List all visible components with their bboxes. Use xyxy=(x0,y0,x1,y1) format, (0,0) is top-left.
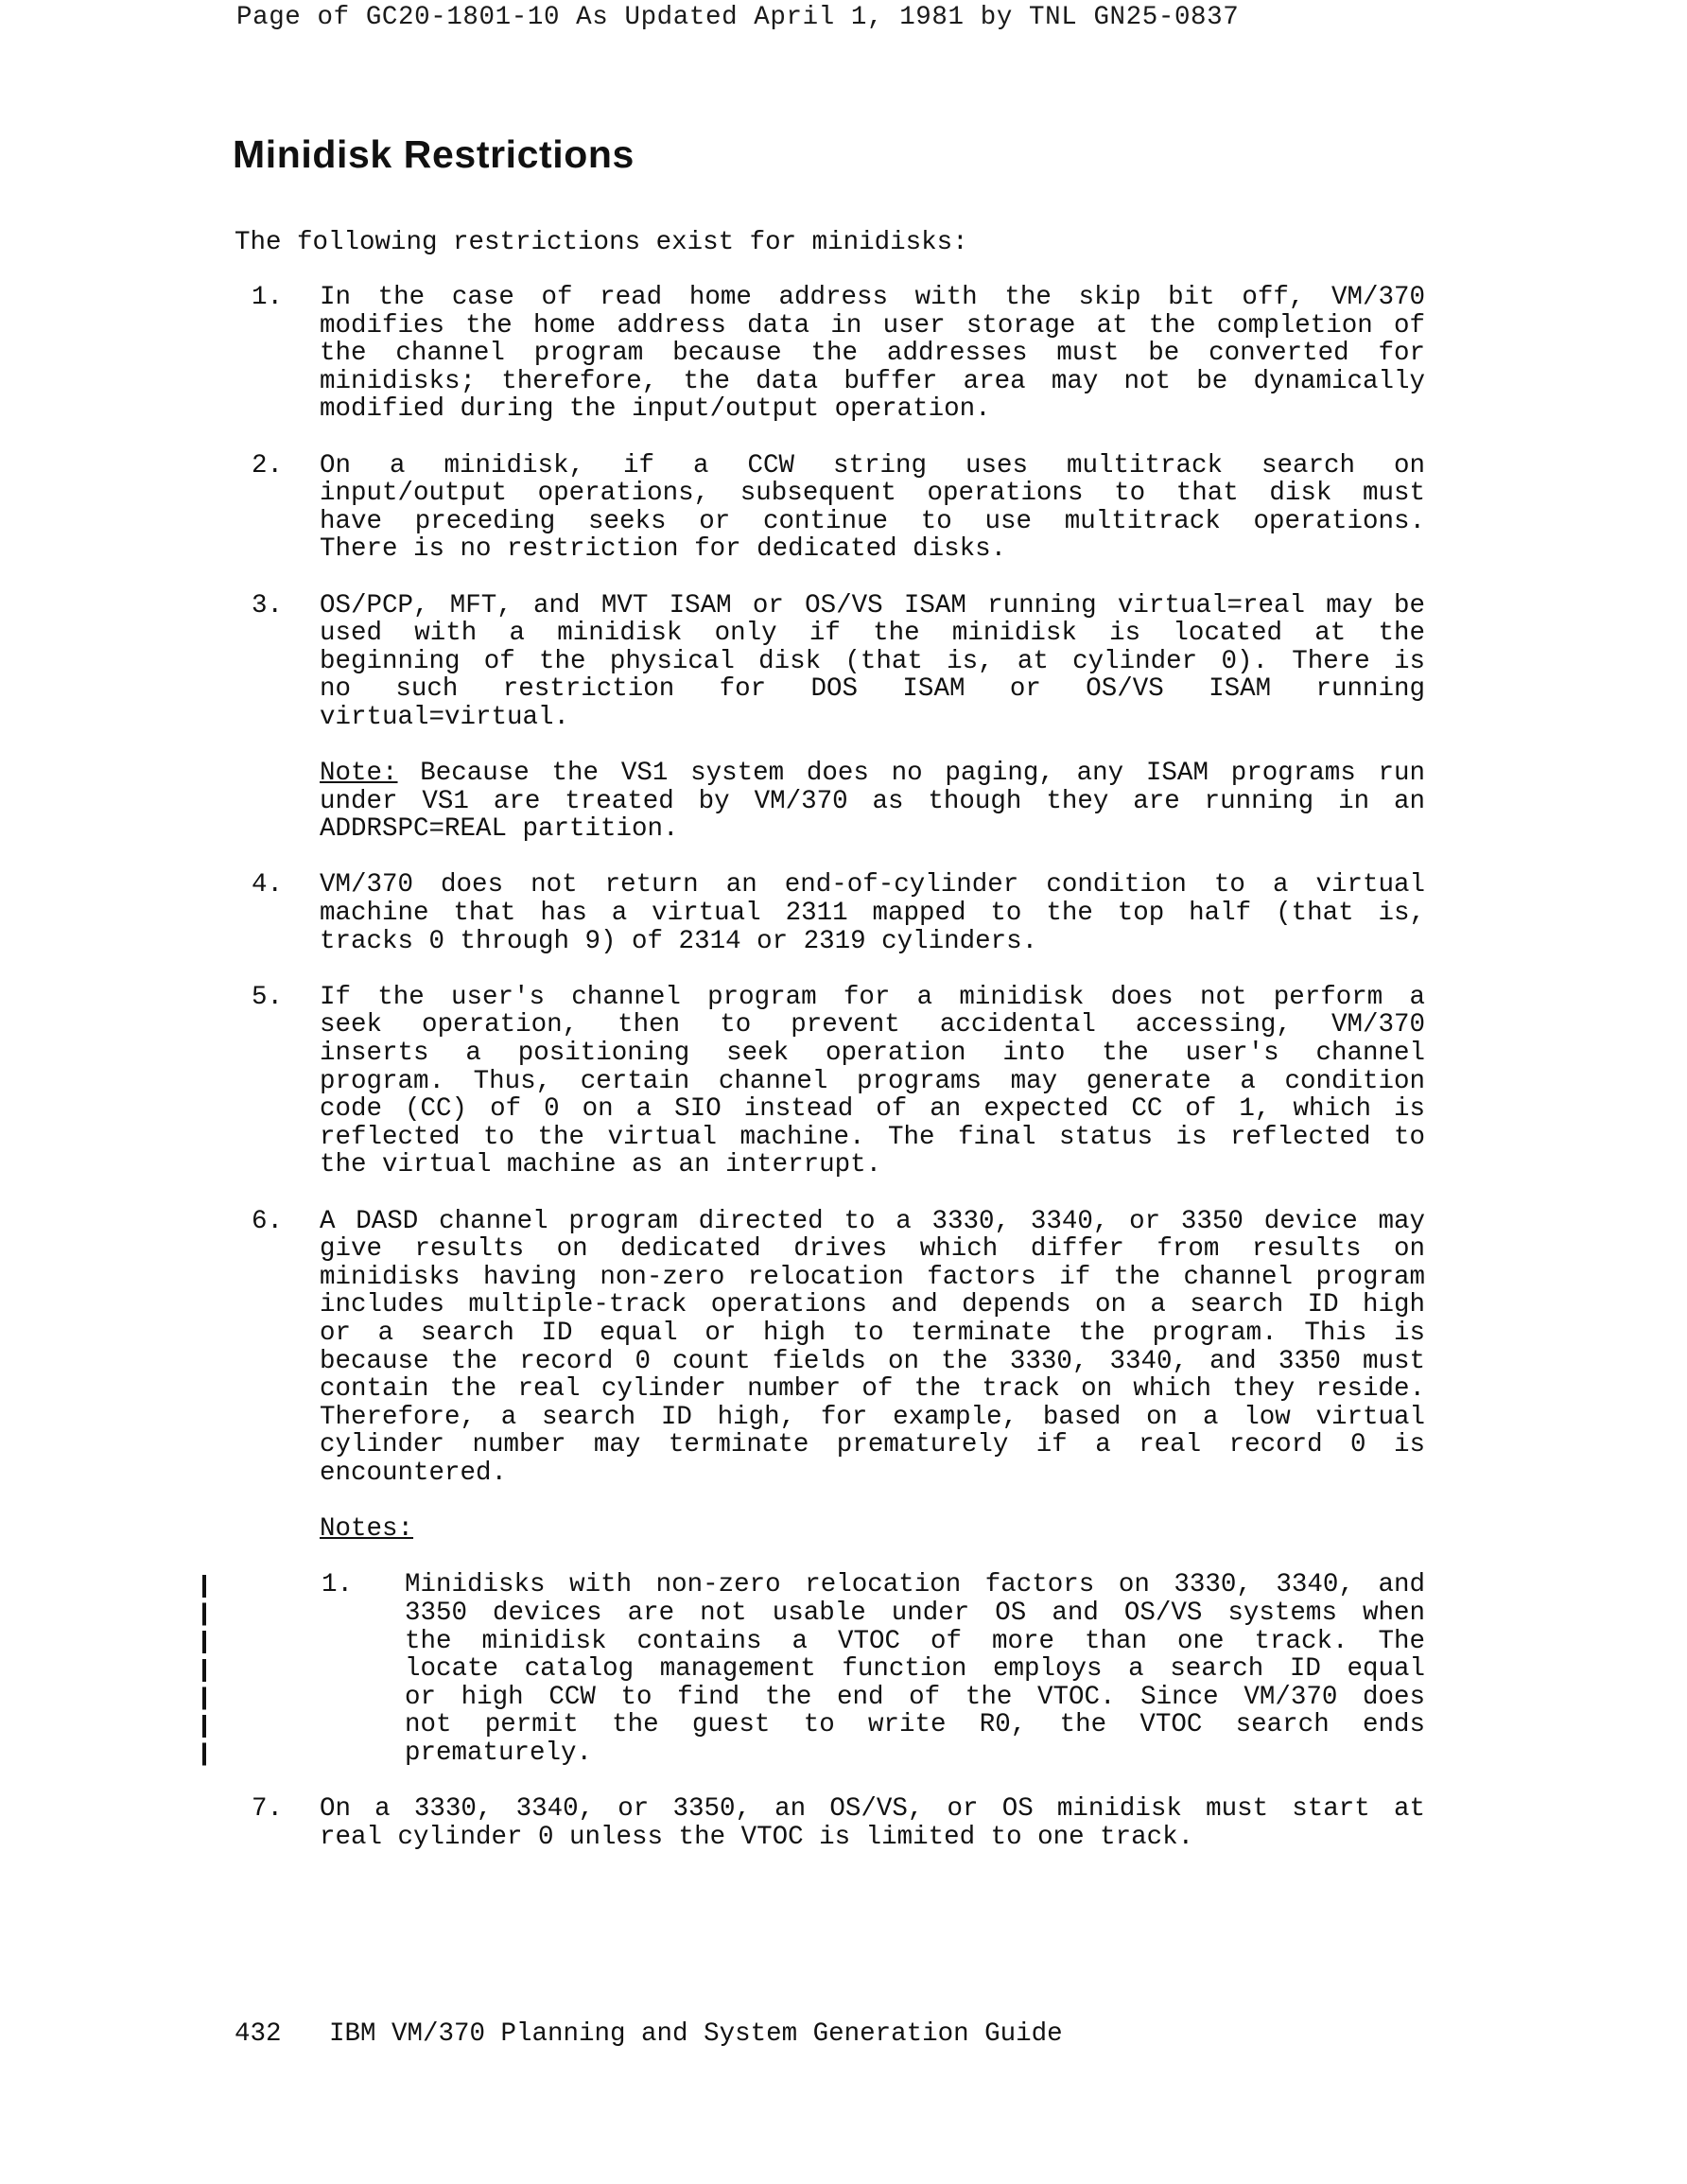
text-line: VM/370 does not return an end-of-cylinde… xyxy=(320,871,1425,900)
text-line: Minidisks with non-zero relocation facto… xyxy=(405,1571,1425,1599)
note-body: Minidisks with non-zero relocation facto… xyxy=(405,1571,1425,1767)
text-line: cylinder number may terminate prematurel… xyxy=(320,1431,1425,1459)
text-line: If the user's channel program for a mini… xyxy=(320,984,1425,1012)
page-title: Minidisk Restrictions xyxy=(233,132,635,177)
note-text: Because the VS1 system does no paging, a… xyxy=(420,759,1425,788)
text-line: A DASD channel program directed to a 333… xyxy=(320,1208,1425,1236)
item-number: 5. xyxy=(252,984,283,1012)
item-number: 7. xyxy=(252,1795,283,1824)
text-line: ADDRSPC=REAL partition. xyxy=(320,815,1425,844)
text-line: the minidisk contains a VTOC of more tha… xyxy=(405,1628,1425,1656)
note-label: Note: xyxy=(320,759,398,788)
text-line: prematurely. xyxy=(405,1739,1425,1768)
item-body: If the user's channel program for a mini… xyxy=(320,984,1425,1179)
page-header: Page of GC20-1801-10 As Updated April 1,… xyxy=(236,4,1239,32)
item-number: 3. xyxy=(252,592,283,620)
text-line: because the record 0 count fields on the… xyxy=(320,1348,1425,1376)
text-line: On a minidisk, if a CCW string uses mult… xyxy=(320,452,1425,480)
text-line: locate catalog management function emplo… xyxy=(405,1655,1425,1684)
text-line: reflected to the virtual machine. The fi… xyxy=(320,1124,1425,1152)
text-line: minidisks; therefore, the data buffer ar… xyxy=(320,368,1425,396)
text-line: not permit the guest to write R0, the VT… xyxy=(405,1711,1425,1739)
text-line: Note: Because the VS1 system does no pag… xyxy=(320,760,1425,788)
item-note: Note: Because the VS1 system does no pag… xyxy=(320,760,1425,844)
text-line: beginning of the physical disk (that is,… xyxy=(320,648,1425,676)
list-item: 2.On a minidisk, if a CCW string uses mu… xyxy=(0,452,1687,564)
text-line: 3350 devices are not usable under OS and… xyxy=(405,1599,1425,1628)
list-item: 4.VM/370 does not return an end-of-cylin… xyxy=(0,871,1687,955)
text-line: There is no restriction for dedicated di… xyxy=(320,535,1425,564)
page-footer: 432IBM VM/370 Planning and System Genera… xyxy=(235,2020,1063,2049)
text-line: program. Thus, certain channel programs … xyxy=(320,1068,1425,1096)
text-line: no such restriction for DOS ISAM or OS/V… xyxy=(320,675,1425,704)
restrictions-list: 1.In the case of read home address with … xyxy=(0,284,1687,1879)
item-body: On a 3330, 3340, or 3350, an OS/VS, or O… xyxy=(320,1795,1425,1851)
text-line: contain the real cylinder number of the … xyxy=(320,1375,1425,1404)
revision-bar xyxy=(202,1575,206,1765)
text-line: modifies the home address data in user s… xyxy=(320,312,1425,341)
list-item: 5.If the user's channel program for a mi… xyxy=(0,984,1687,1179)
text-line: On a 3330, 3340, or 3350, an OS/VS, or O… xyxy=(320,1795,1425,1824)
item-body: OS/PCP, MFT, and MVT ISAM or OS/VS ISAM … xyxy=(320,592,1425,732)
item-number: 2. xyxy=(252,452,283,480)
text-line: code (CC) of 0 on a SIO instead of an ex… xyxy=(320,1095,1425,1124)
item-body: VM/370 does not return an end-of-cylinde… xyxy=(320,871,1425,955)
item-number: 1. xyxy=(252,284,283,312)
list-item: 6.A DASD channel program directed to a 3… xyxy=(0,1208,1687,1768)
list-item: 7.On a 3330, 3340, or 3350, an OS/VS, or… xyxy=(0,1795,1687,1851)
item-body: A DASD channel program directed to a 333… xyxy=(320,1208,1425,1488)
item-body: On a minidisk, if a CCW string uses mult… xyxy=(320,452,1425,564)
page-number: 432 xyxy=(235,2020,329,2049)
text-line: real cylinder 0 unless the VTOC is limit… xyxy=(320,1824,1425,1852)
text-line: give results on dedicated drives which d… xyxy=(320,1235,1425,1264)
text-line: In the case of read home address with th… xyxy=(320,284,1425,312)
text-line: used with a minidisk only if the minidis… xyxy=(320,620,1425,648)
item-number: 4. xyxy=(252,871,283,900)
text-line: tracks 0 through 9) of 2314 or 2319 cyli… xyxy=(320,928,1425,956)
intro-text: The following restrictions exist for min… xyxy=(235,229,968,257)
text-line: or a search ID equal or high to terminat… xyxy=(320,1319,1425,1348)
notes-heading: Notes: xyxy=(320,1515,413,1544)
text-line: machine that has a virtual 2311 mapped t… xyxy=(320,900,1425,928)
text-line: the channel program because the addresse… xyxy=(320,340,1425,368)
text-line: or high CCW to find the end of the VTOC.… xyxy=(405,1684,1425,1712)
list-item: 1.In the case of read home address with … xyxy=(0,284,1687,424)
item-number: 6. xyxy=(252,1208,283,1236)
text-line: virtual=virtual. xyxy=(320,704,1425,732)
text-line: encountered. xyxy=(320,1459,1425,1488)
text-line: under VS1 are treated by VM/370 as thoug… xyxy=(320,788,1425,816)
text-line: the virtual machine as an interrupt. xyxy=(320,1151,1425,1179)
text-line: input/output operations, subsequent oper… xyxy=(320,480,1425,508)
text-line: have preceding seeks or continue to use … xyxy=(320,508,1425,536)
text-line: modified during the input/output operati… xyxy=(320,395,1425,424)
list-item: 3.OS/PCP, MFT, and MVT ISAM or OS/VS ISA… xyxy=(0,592,1687,844)
text-line: includes multiple-track operations and d… xyxy=(320,1291,1425,1319)
text-line: OS/PCP, MFT, and MVT ISAM or OS/VS ISAM … xyxy=(320,592,1425,620)
text-line: inserts a positioning seek operation int… xyxy=(320,1040,1425,1068)
text-line: Therefore, a search ID high, for example… xyxy=(320,1404,1425,1432)
book-title: IBM VM/370 Planning and System Generatio… xyxy=(329,2019,1063,2049)
note-item: 1.Minidisks with non-zero relocation fac… xyxy=(0,1571,1687,1767)
item-body: In the case of read home address with th… xyxy=(320,284,1425,424)
note-number: 1. xyxy=(322,1571,353,1599)
text-line: seek operation, then to prevent accident… xyxy=(320,1011,1425,1040)
item-notes: Notes:1.Minidisks with non-zero relocati… xyxy=(0,1515,1687,1767)
text-line: minidisks having non-zero relocation fac… xyxy=(320,1264,1425,1292)
